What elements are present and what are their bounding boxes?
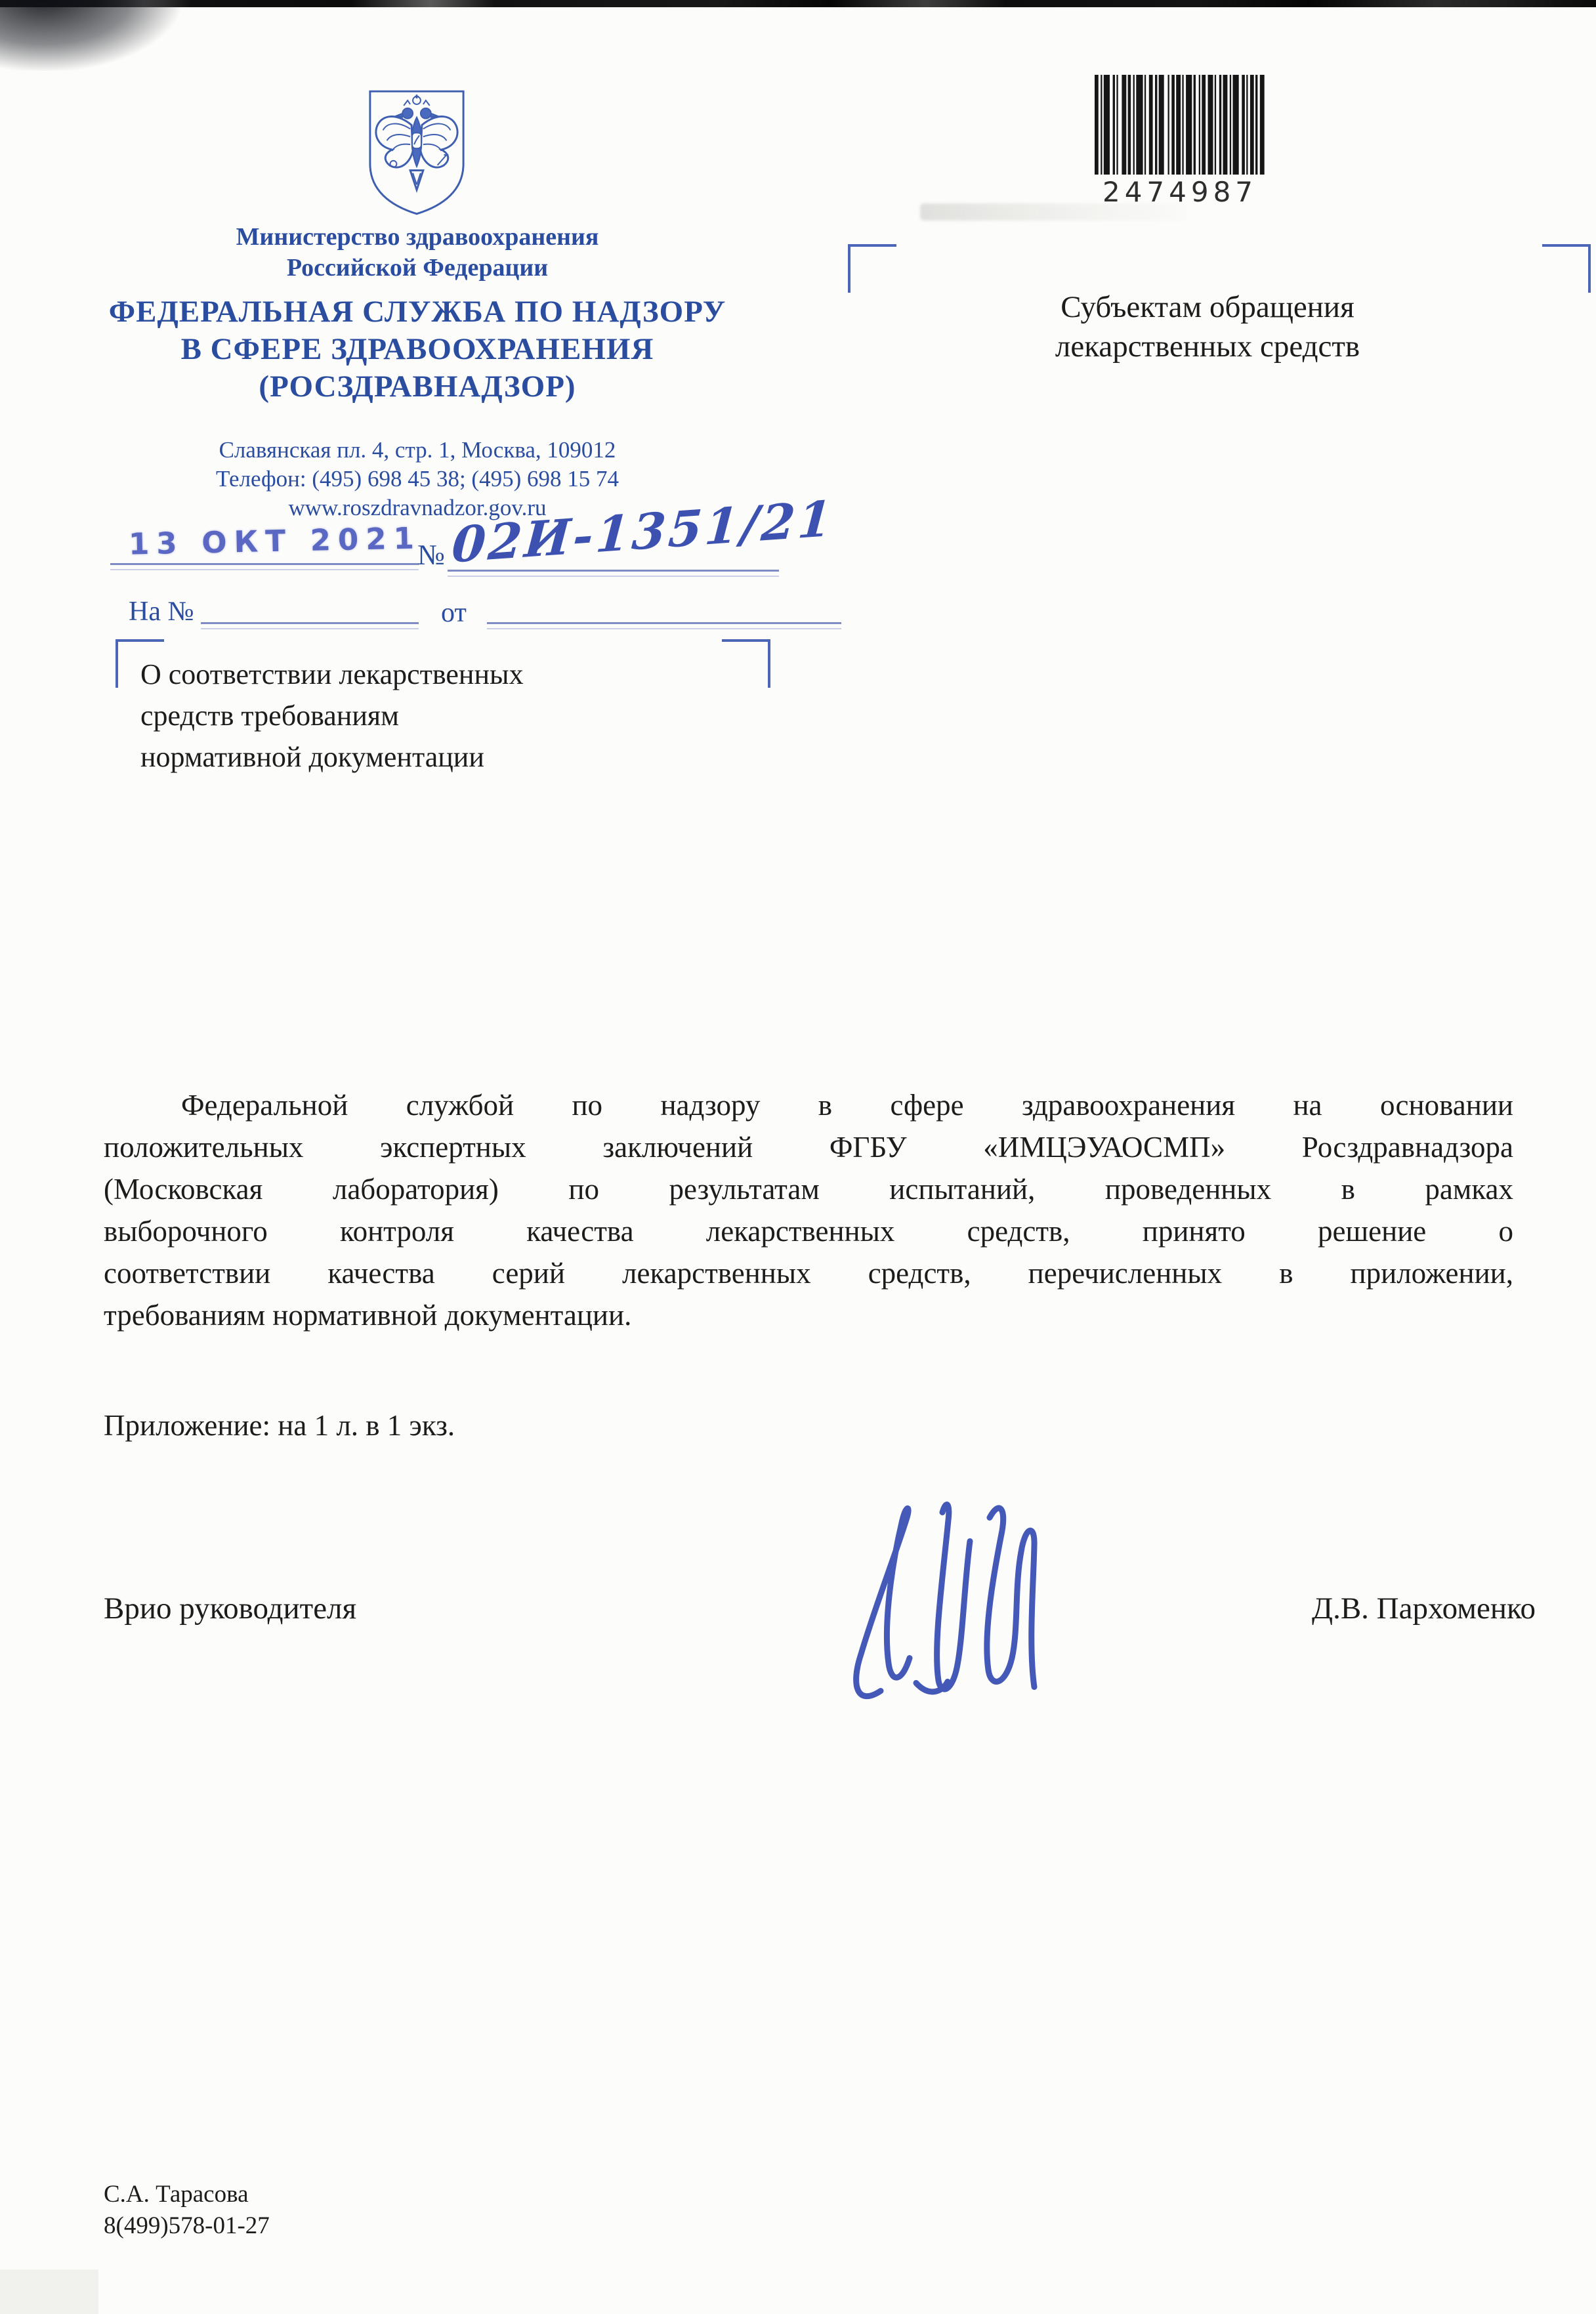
body-line: соответствии качества серий лекарственны… <box>104 1252 1513 1294</box>
attachment-note: Приложение: на 1 л. в 1 экз. <box>104 1408 455 1442</box>
executor-phone: 8(499)578-01-27 <box>104 2210 270 2242</box>
subject-line2: средств требованиям <box>140 695 744 736</box>
executor-name: С.А. Тарасова <box>104 2179 270 2210</box>
reply-number-line <box>201 622 419 629</box>
service-name-line2: В СФЕРЕ ЗДРАВООХРАНЕНИЯ <box>92 331 743 368</box>
signature <box>818 1487 1080 1714</box>
body-paragraph: Федеральной службой по надзору в сфере з… <box>104 1084 1513 1336</box>
scan-artifact-corner-smudge <box>0 0 181 71</box>
service-name-line1: ФЕДЕРАЛЬНАЯ СЛУЖБА ПО НАДЗОРУ <box>92 293 743 331</box>
reply-number-label: На № <box>129 596 194 627</box>
body-line: Федеральной службой по надзору в сфере з… <box>104 1084 1513 1126</box>
reply-date-label: от <box>441 597 467 629</box>
barcode: 2474987 <box>1092 75 1268 208</box>
service-name-line3: (РОСЗДРАВНАДЗОР) <box>92 368 743 406</box>
ministry-name-line2: Российской Федерации <box>92 253 743 284</box>
barcode-number: 2474987 <box>1092 176 1268 208</box>
corner-bracket-recipient-right-icon <box>1542 244 1591 293</box>
recipient-line1: Субъектам обращения <box>833 287 1582 327</box>
address-line: Славянская пл. 4, стр. 1, Москва, 109012 <box>92 436 743 465</box>
phone-line: Телефон: (495) 698 45 38; (495) 698 15 7… <box>92 465 743 494</box>
reply-date-line <box>487 622 841 629</box>
letterhead: Министерство здравоохранения Российской … <box>92 222 743 522</box>
signature-ink-icon <box>818 1487 1080 1714</box>
date-stamp: 13 ОКТ 2021 <box>128 520 421 561</box>
number-underline <box>448 570 779 577</box>
signer-name: Д.В. Пархоменко <box>1227 1591 1536 1626</box>
subject-line3: нормативной документации <box>140 736 744 778</box>
double-headed-eagle-icon <box>365 87 469 218</box>
signer-position: Врио руководителя <box>104 1591 356 1626</box>
subject-line1: О соответствии лекарственных <box>140 654 744 695</box>
corner-bracket-recipient-left-icon <box>848 244 896 293</box>
coat-of-arms-icon <box>365 87 469 218</box>
executor-block: С.А. Тарасова 8(499)578-01-27 <box>104 2179 270 2242</box>
scan-artifact-bottom-patch <box>0 2269 98 2314</box>
date-underline <box>110 563 419 570</box>
body-line: положительных экспертных заключений ФГБУ… <box>104 1126 1513 1168</box>
recipient-block: Субъектам обращения лекарственных средст… <box>833 287 1582 366</box>
number-label: № <box>417 538 445 572</box>
scan-artifact-top-band <box>0 0 1596 7</box>
barcode-bars <box>1093 75 1267 175</box>
body-line: выборочного контроля качества лекарствен… <box>104 1210 1513 1252</box>
scanned-letter-page: { "colors": { "header_blue": "#2b4da0", … <box>0 0 1596 2314</box>
recipient-line2: лекарственных средств <box>833 327 1582 366</box>
subject-block: О соответствии лекарственных средств тре… <box>140 654 744 778</box>
body-line: (Московская лаборатория) по результатам … <box>104 1168 1513 1210</box>
ministry-name-line1: Министерство здравоохранения <box>92 222 743 253</box>
body-line: требованиям нормативной документации. <box>104 1294 1513 1336</box>
